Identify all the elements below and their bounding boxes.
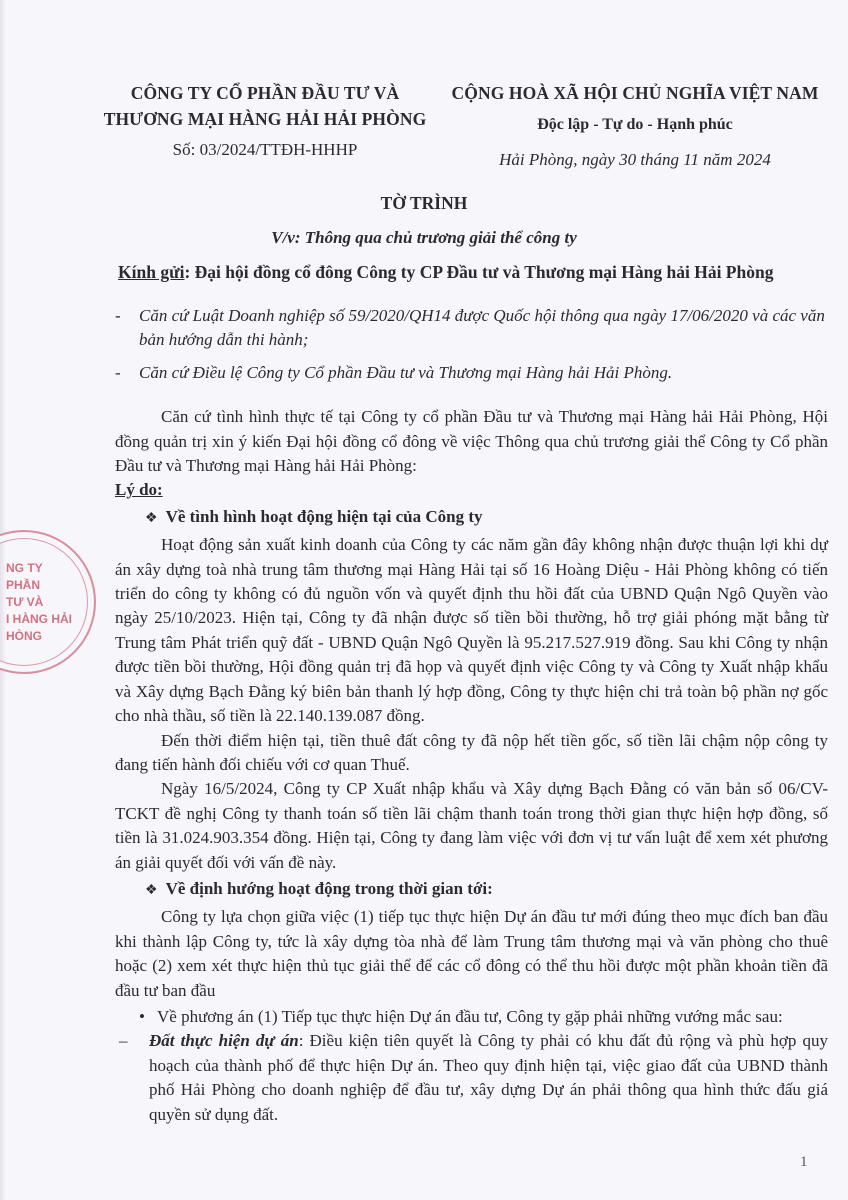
national-title: CỘNG HOÀ XÃ HỘI CHỦ NGHĨA VIỆT NAM xyxy=(440,80,830,106)
document-page: NG TY PHẦN TƯ VÀ I HÀNG HẢI HÒNG CÔNG TY… xyxy=(0,0,848,1200)
recipient: Kính gửi: Đại hội đồng cổ đông Công ty C… xyxy=(118,262,773,283)
diamond-bullet-icon: ❖ xyxy=(145,511,158,526)
legal-basis-item: - Căn cứ Luật Doanh nghiệp số 59/2020/QH… xyxy=(115,304,828,353)
recipient-label: Kính gửi xyxy=(118,262,184,282)
issuer-header: CÔNG TY CỔ PHẦN ĐẦU TƯ VÀ THƯƠNG MẠI HÀN… xyxy=(100,80,430,164)
national-motto: Độc lập - Tự do - Hạnh phúc xyxy=(440,112,830,138)
page-number: 1 xyxy=(800,1154,808,1171)
bullet-item: • Về phương án (1) Tiếp tục thực hiện Dự… xyxy=(115,1005,828,1029)
document-subject: V/v: Thông qua chủ trương giải thể công … xyxy=(0,228,848,248)
diamond-bullet-icon: ❖ xyxy=(145,883,158,898)
intro-paragraph: Căn cứ tình hình thực tế tại Công ty cổ … xyxy=(115,405,828,478)
document-number: Số: 03/2024/TTĐH-HHHP xyxy=(100,136,430,164)
document-body: - Căn cứ Luật Doanh nghiệp số 59/2020/QH… xyxy=(115,304,828,1127)
bullet-dot-icon: • xyxy=(115,1005,157,1029)
section-heading: ❖Về định hướng hoạt động trong thời gian… xyxy=(145,877,828,903)
paragraph: Hoạt động sản xuất kinh doanh của Công t… xyxy=(115,533,828,728)
reason-label: Lý do: xyxy=(115,478,828,502)
paragraph: Ngày 16/5/2024, Công ty CP Xuất nhập khẩ… xyxy=(115,777,828,875)
dash-item: – Đất thực hiện dự án: Điều kiện tiên qu… xyxy=(115,1029,828,1127)
dash-marker: – xyxy=(115,1029,149,1127)
place-date: Hải Phòng, ngày 30 tháng 11 năm 2024 xyxy=(440,146,830,174)
stamp-text: NG TY PHẦN TƯ VÀ I HÀNG HẢI HÒNG xyxy=(6,560,86,645)
paragraph: Đến thời điểm hiện tại, tiền thuê đất cô… xyxy=(115,729,828,778)
recipient-value: : Đại hội đồng cổ đông Công ty CP Đầu tư… xyxy=(184,262,773,282)
national-header: CỘNG HOÀ XÃ HỘI CHỦ NGHĨA VIỆT NAM Độc l… xyxy=(440,80,830,174)
dash-marker: - xyxy=(115,304,139,353)
org-name-line1: CÔNG TY CỔ PHẦN ĐẦU TƯ VÀ xyxy=(100,80,430,106)
paragraph: Công ty lựa chọn giữa việc (1) tiếp tục … xyxy=(115,905,828,1003)
section-heading: ❖Về tình hình hoạt động hiện tại của Côn… xyxy=(145,505,828,531)
org-name-line2: THƯƠNG MẠI HÀNG HẢI HẢI PHÒNG xyxy=(100,106,430,132)
item-term: Đất thực hiện dự án xyxy=(149,1031,299,1050)
company-seal-stamp: NG TY PHẦN TƯ VÀ I HÀNG HẢI HÒNG xyxy=(0,530,96,674)
legal-basis-item: - Căn cứ Điều lệ Công ty Cổ phần Đầu tư … xyxy=(115,361,828,385)
document-title: TỜ TRÌNH xyxy=(0,193,848,214)
dash-marker: - xyxy=(115,361,139,385)
